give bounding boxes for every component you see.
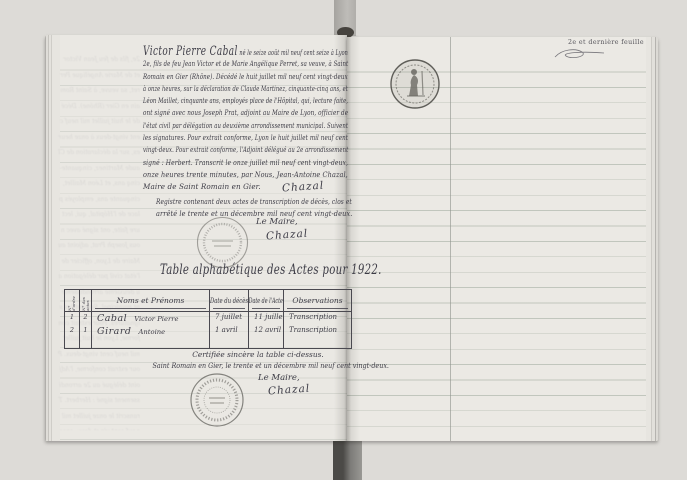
closing-line-1: Registre contenant deux actes de transcr… bbox=[156, 196, 352, 208]
act-line-9: vingt-deux. Pour extrait conforme, l'Adj… bbox=[143, 144, 348, 156]
table-cell: 2 bbox=[79, 312, 91, 325]
death-act-text: Victor Pierre Cabal né le seize août mil… bbox=[143, 46, 348, 194]
table-certification-place-date: Saint Romain en Gier, le trente et un dé… bbox=[134, 361, 370, 370]
act-line-8: les signatures. Pour extrait conforme, L… bbox=[143, 132, 348, 144]
table-certification-line: Certifiée sincère la table ci-dessus. bbox=[150, 350, 366, 359]
alphabetical-acts-table: N° d'ordre N° des actes Noms et Prénoms … bbox=[64, 289, 352, 349]
ink-bleed-through: 2e, fils de feu Jean Victor et de Marie … bbox=[58, 52, 140, 430]
mayor-title: Le Maire, bbox=[258, 373, 300, 383]
table-row: 1 bbox=[65, 312, 79, 325]
paraph-signature-icon bbox=[552, 46, 608, 62]
register-scan: 2e, fils de feu Jean Victor et de Marie … bbox=[0, 0, 687, 480]
mayor-title: Le Maire, bbox=[256, 217, 298, 227]
table-filler bbox=[65, 338, 79, 348]
act-line-3: Romain en Gier (Rhône). Décédé le huit j… bbox=[143, 71, 348, 83]
table-cell-observation: Transcription bbox=[283, 312, 351, 325]
act-line-5: Léon Maillet, cinquante ans, employés pl… bbox=[143, 95, 348, 107]
act-line-6: ont signé avec nous Joseph Prat, adjoint… bbox=[143, 107, 348, 119]
column-header-names: Noms et Prénoms bbox=[91, 290, 209, 312]
table-filler bbox=[283, 338, 351, 348]
table-filler bbox=[248, 338, 283, 348]
table-filler bbox=[79, 338, 91, 348]
table-cell: 1 bbox=[79, 325, 91, 338]
closing-line-2: arrêté le trente et un décembre mil neuf… bbox=[156, 208, 352, 220]
table-cell-observation: Transcription bbox=[283, 325, 351, 338]
table-cell-act-date: 12 avril bbox=[248, 325, 283, 338]
table-title: Table alphabétique des Actes pour 1922. bbox=[118, 262, 340, 278]
table-cell-death-date: 1 avril bbox=[209, 325, 248, 338]
column-header-act-date: Date de l'Acte bbox=[248, 290, 283, 312]
table-cell-name: GirardAntoine bbox=[91, 325, 209, 338]
column-header-death-date: Date du décès bbox=[209, 290, 248, 312]
table-cell-death-date: 7 juillet bbox=[209, 312, 248, 325]
act-line-12: Maire de Saint Romain en Gier. bbox=[143, 181, 261, 193]
deceased-name: Victor Pierre Cabal bbox=[143, 44, 238, 59]
act-line-2: 2e, fils de feu Jean Victor et de Marie … bbox=[143, 58, 348, 70]
right-page bbox=[347, 37, 658, 441]
table-cell-act-date: 11 juillet bbox=[248, 312, 283, 325]
act-line-4: à onze heures, sur la déclaration de Cla… bbox=[143, 83, 348, 95]
register-closing-statement: Registre contenant deux actes de transcr… bbox=[156, 196, 352, 221]
table-filler bbox=[91, 338, 209, 348]
folio-corner-note: 2e et dernière feuille bbox=[568, 39, 648, 46]
column-header-order: N° d'ordre bbox=[65, 290, 79, 312]
right-page-margin-rule bbox=[450, 37, 451, 441]
table-row: 2 bbox=[65, 325, 79, 338]
scanner-spine-bottom bbox=[333, 441, 362, 480]
table-cell-name: CabalVictor Pierre bbox=[91, 312, 209, 325]
table-filler bbox=[209, 338, 248, 348]
column-header-act-number: N° des actes bbox=[79, 290, 91, 312]
act-line-7: l'état civil par délégation au deuxième … bbox=[143, 120, 348, 132]
act-line-10: signé : Herbert. Transcrit le onze juill… bbox=[143, 157, 348, 169]
act-line-1: né le seize août mil neuf cent seize à L… bbox=[239, 48, 348, 57]
column-header-observations: Observations bbox=[283, 290, 351, 312]
